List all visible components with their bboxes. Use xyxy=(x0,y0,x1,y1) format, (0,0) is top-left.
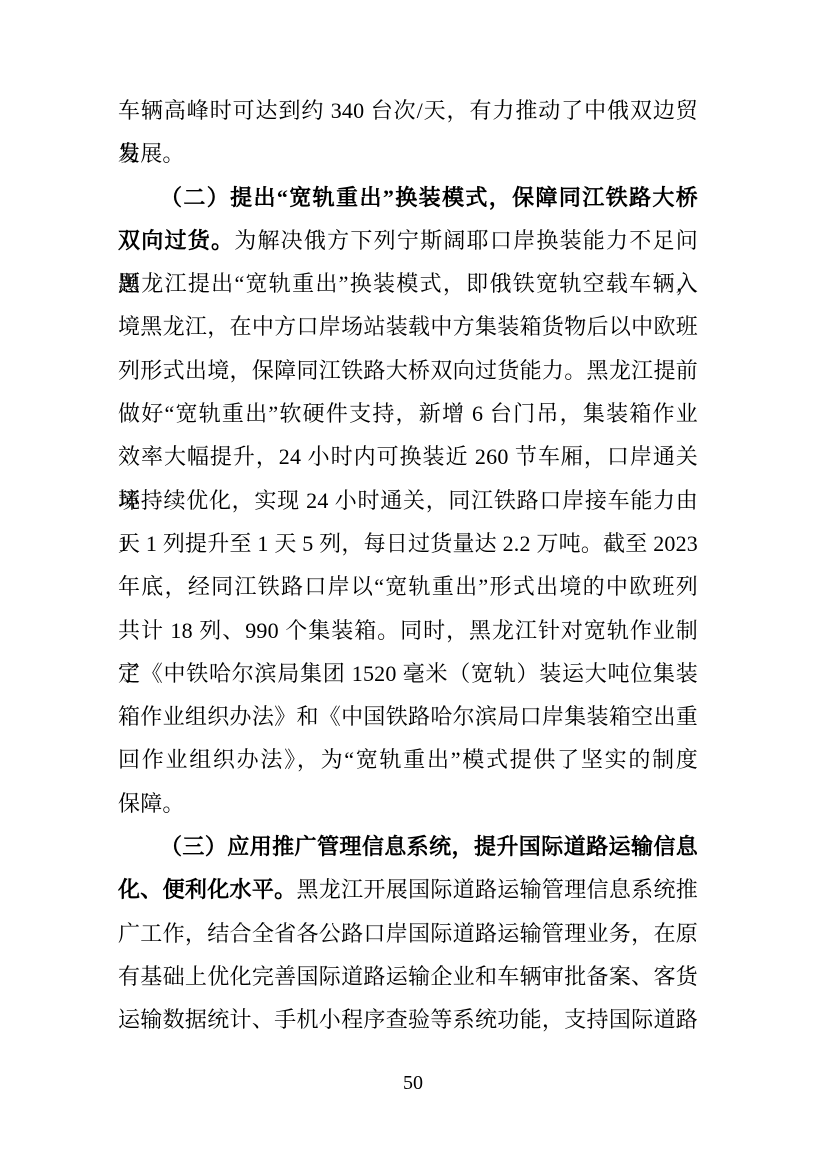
document-line: 做好“宽轨重出”软硬件支持，新增 6 台门吊，集装箱作业 xyxy=(118,392,698,435)
body-text: 天 1 列提升至 1 天 5 列，每日过货量达 2.2 万吨。截至 2023 xyxy=(118,531,698,556)
body-text: 保障。 xyxy=(118,791,185,816)
document-line: 广工作，结合全省各公路口岸国际道路运输管理业务，在原 xyxy=(118,912,698,955)
document-line: 天 1 列提升至 1 天 5 列，每日过货量达 2.2 万吨。截至 2023 xyxy=(118,522,698,565)
bold-text: 化、便利化水平。 xyxy=(118,877,297,902)
document-line: 黑龙江提出“宽轨重出”换装模式，即俄铁宽轨空载车辆入 xyxy=(118,262,698,305)
document-line: 效率大幅提升，24 小时内可换装近 260 节车厢，口岸通关环 xyxy=(118,435,698,478)
document-line: 年底，经同江铁路口岸以“宽轨重出”形式出境的中欧班列 xyxy=(118,565,698,608)
document-line: 箱作业组织办法》和《中国铁路哈尔滨局口岸集装箱空出重 xyxy=(118,695,698,738)
body-text: 广工作，结合全省各公路口岸国际道路运输管理业务，在原 xyxy=(118,921,698,946)
document-page: 车辆高峰时可达到约 340 台次/天，有力推动了中俄双边贸易发展。（二）提出“宽… xyxy=(0,0,826,1169)
body-text: 黑龙江开展国际道路运输管理信息系统推 xyxy=(297,877,699,902)
document-line: 境黑龙江，在中方口岸场站装载中方集装箱货物后以中欧班 xyxy=(118,305,698,348)
body-text: 发展。 xyxy=(118,141,185,166)
body-text: 年底，经同江铁路口岸以“宽轨重出”形式出境的中欧班列 xyxy=(118,574,698,599)
body-text: 了《中铁哈尔滨局集团 1520 毫米（宽轨）装运大吨位集装 xyxy=(118,661,698,686)
bold-text: （二）提出“宽轨重出”换装模式，保障同江铁路大桥 xyxy=(160,185,698,210)
document-line: 共计 18 列、990 个集装箱。同时，黑龙江针对宽轨作业制定 xyxy=(118,609,698,652)
document-line: （二）提出“宽轨重出”换装模式，保障同江铁路大桥 xyxy=(118,176,698,219)
text-lines: 车辆高峰时可达到约 340 台次/天，有力推动了中俄双边贸易发展。（二）提出“宽… xyxy=(118,89,698,1042)
document-line: 化、便利化水平。黑龙江开展国际道路运输管理信息系统推 xyxy=(118,868,698,911)
document-line: 回作业组织办法》，为“宽轨重出”模式提供了坚实的制度 xyxy=(118,738,698,781)
document-line: 有基础上优化完善国际道路运输企业和车辆审批备案、客货 xyxy=(118,955,698,998)
document-line: 运输数据统计、手机小程序查验等系统功能，支持国际道路 xyxy=(118,998,698,1041)
body-text: 回作业组织办法》，为“宽轨重出”模式提供了坚实的制度 xyxy=(118,747,698,772)
body-text: 有基础上优化完善国际道路运输企业和车辆审批备案、客货 xyxy=(118,964,698,989)
body-text: 做好“宽轨重出”软硬件支持，新增 6 台门吊，集装箱作业 xyxy=(118,401,698,426)
bold-text: 双向过货。 xyxy=(118,228,234,253)
document-line: 车辆高峰时可达到约 340 台次/天，有力推动了中俄双边贸易 xyxy=(118,89,698,132)
body-text: 列形式出境，保障同江铁路大桥双向过货能力。黑龙江提前 xyxy=(118,358,698,383)
document-line: 境持续优化，实现 24 小时通关，同江铁路口岸接车能力由 1 xyxy=(118,479,698,522)
page-number: 50 xyxy=(0,1072,826,1095)
body-text: 箱作业组织办法》和《中国铁路哈尔滨局口岸集装箱空出重 xyxy=(118,704,698,729)
document-line: 列形式出境，保障同江铁路大桥双向过货能力。黑龙江提前 xyxy=(118,349,698,392)
document-line: 发展。 xyxy=(118,132,698,175)
bold-text: （三）应用推广管理信息系统，提升国际道路运输信息 xyxy=(160,834,698,859)
document-line: 保障。 xyxy=(118,782,698,825)
body-text: 境黑龙江，在中方口岸场站装载中方集装箱货物后以中欧班 xyxy=(118,314,698,339)
body-text: 运输数据统计、手机小程序查验等系统功能，支持国际道路 xyxy=(118,1007,698,1032)
document-line: 了《中铁哈尔滨局集团 1520 毫米（宽轨）装运大吨位集装 xyxy=(118,652,698,695)
body-text: 黑龙江提出“宽轨重出”换装模式，即俄铁宽轨空载车辆入 xyxy=(118,271,698,296)
document-line: 双向过货。为解决俄方下列宁斯阔耶口岸换装能力不足问题， xyxy=(118,219,698,262)
document-line: （三）应用推广管理信息系统，提升国际道路运输信息 xyxy=(118,825,698,868)
